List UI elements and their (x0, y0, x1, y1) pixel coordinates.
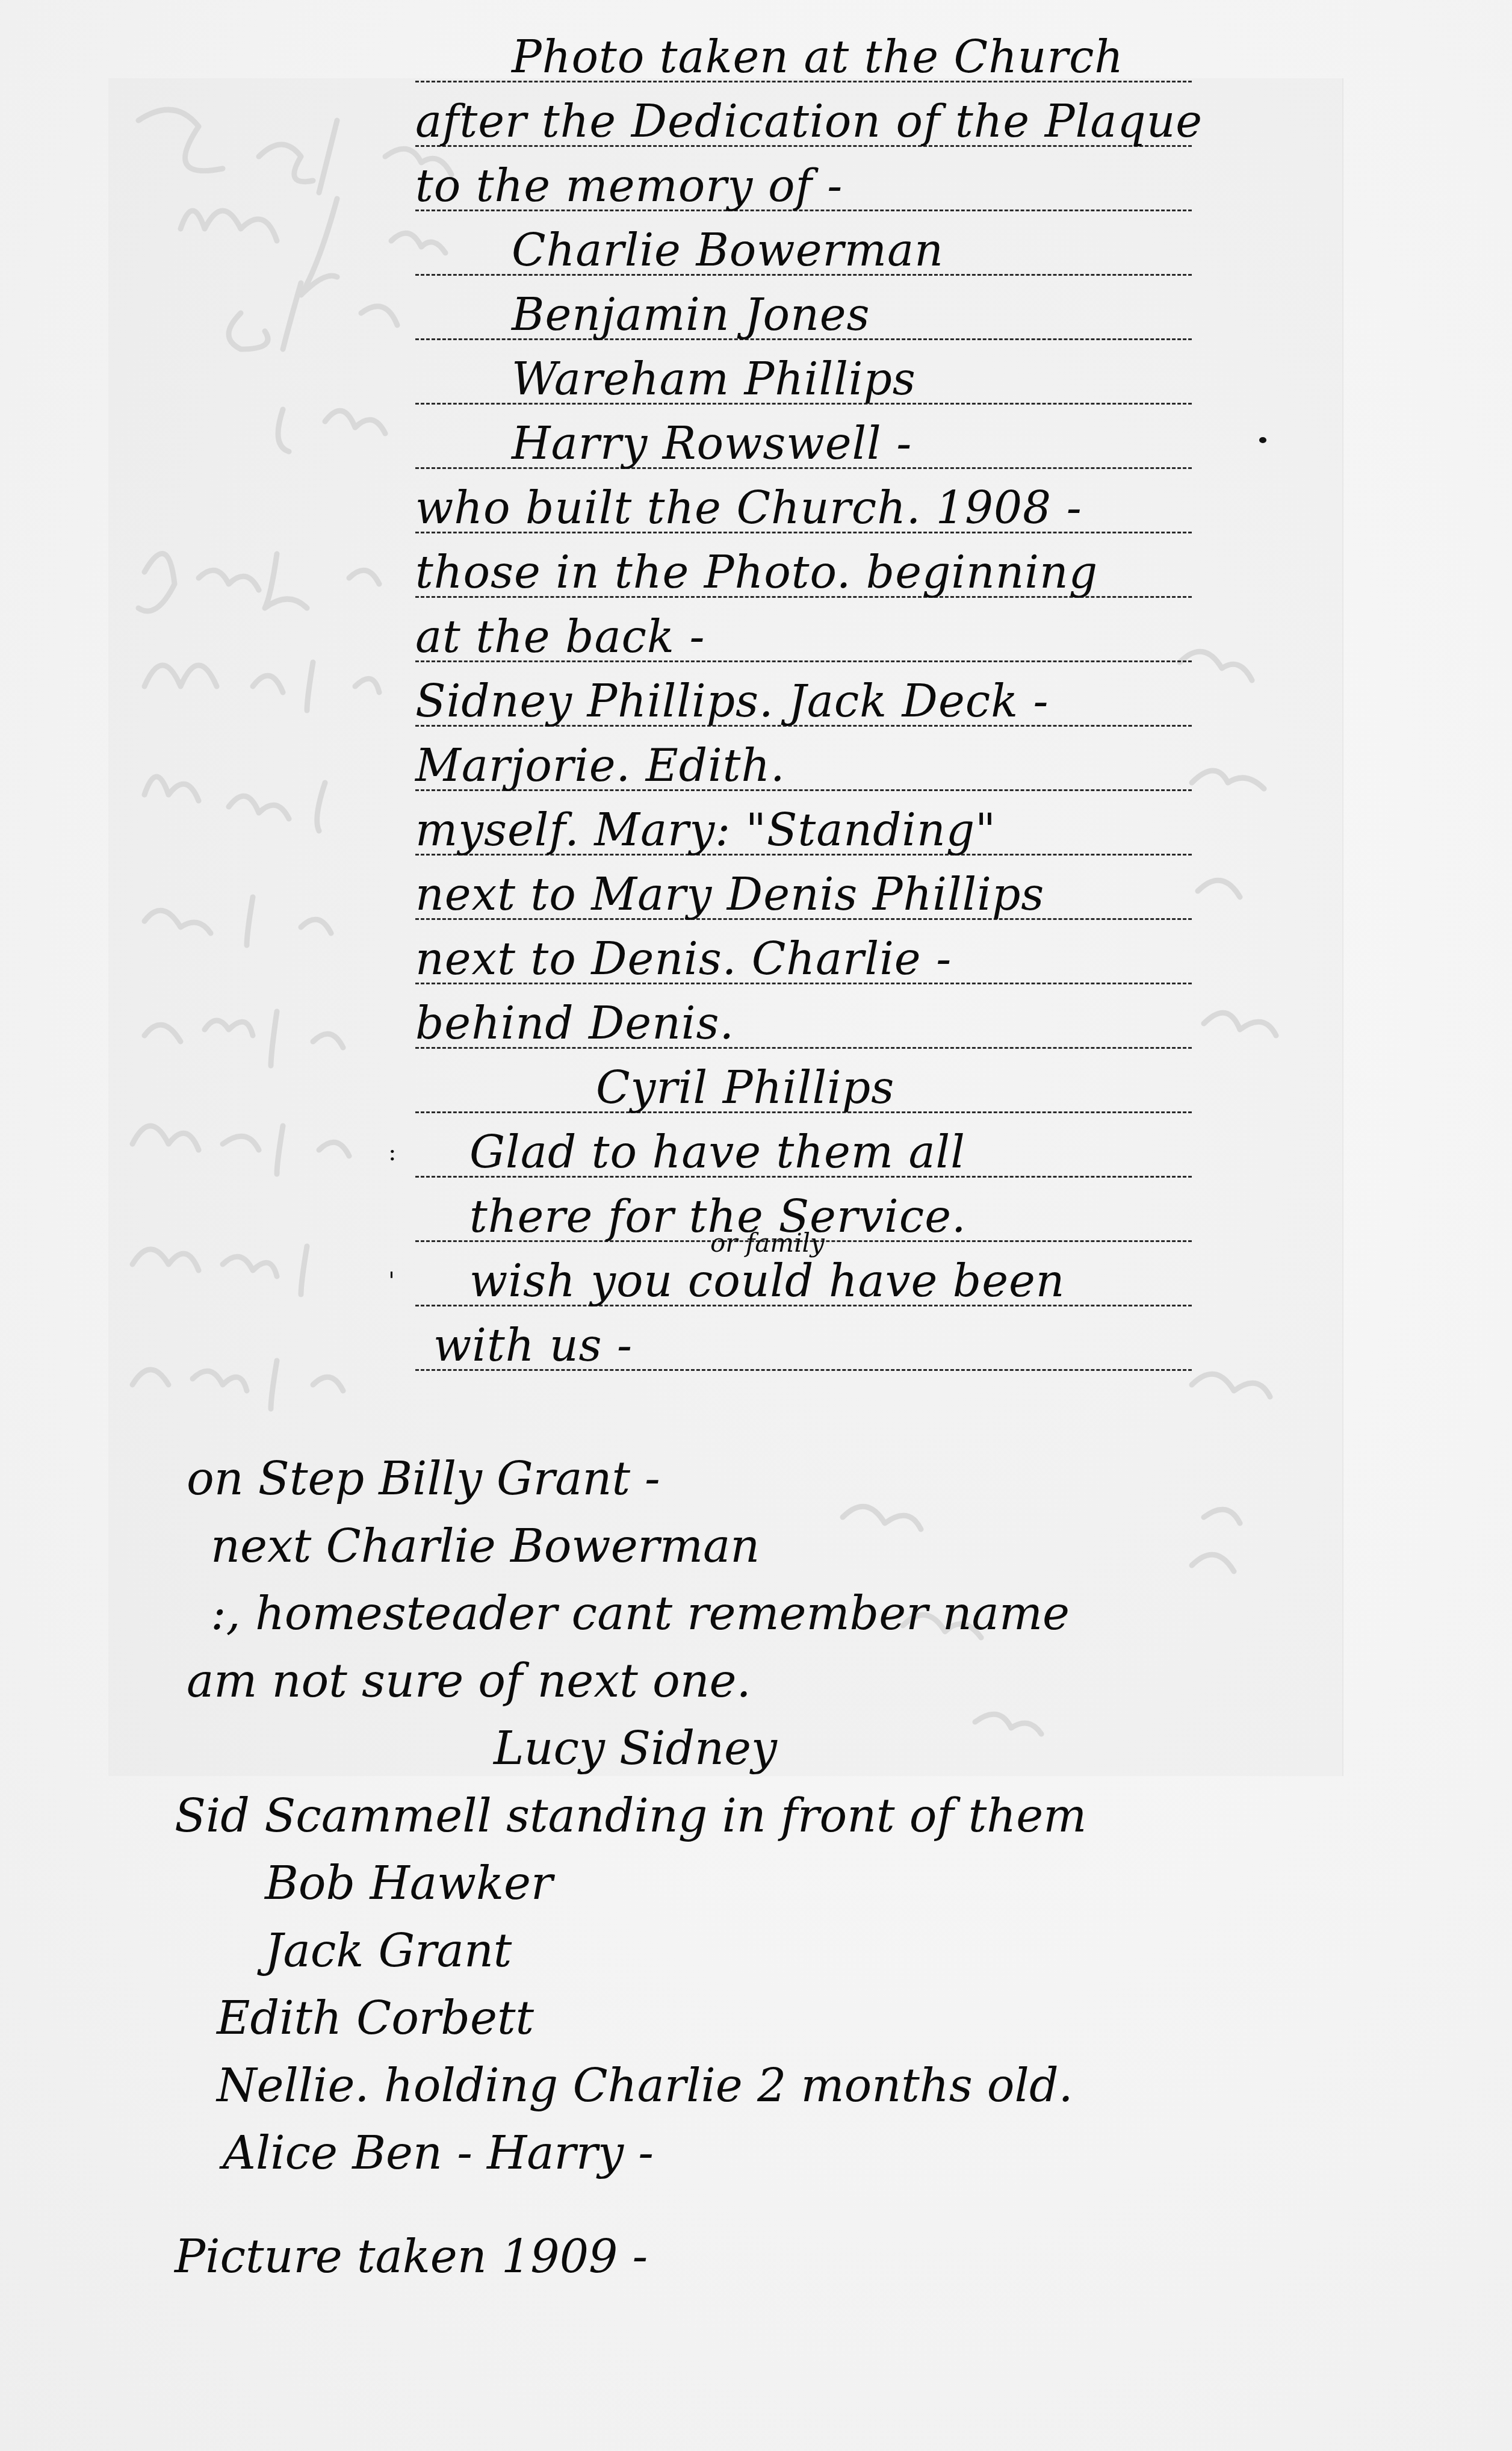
scanned-letter-page: Photo taken at the Churchafter the Dedic… (0, 0, 1512, 2451)
ruled-line: Wareham Phillips (415, 340, 1192, 405)
handwritten-line-text: after the Dedication of the Plaque (415, 99, 1203, 144)
ruled-line: myself. Mary: "Standing" (415, 791, 1192, 856)
closing-date-line: Picture taken 1909 - (175, 2223, 1378, 2290)
handwritten-line-text: those in the Photo. beginning (415, 550, 1098, 595)
ruled-line: Cyril Phillips (415, 1049, 1192, 1113)
handwritten-line-text: Photo taken at the Church (415, 35, 1124, 79)
handwritten-line-text: wish you could have been (415, 1259, 1065, 1303)
spacer (175, 2187, 1378, 2223)
ruled-line: Glad to have them all: (415, 1113, 1192, 1178)
margin-mark: : (388, 1139, 396, 1166)
ruled-text-block: Photo taken at the Churchafter the Dedic… (415, 18, 1192, 1371)
ruled-line: Photo taken at the Church (415, 18, 1192, 82)
handwritten-line-text: there for the Service. (415, 1194, 967, 1239)
handwritten-line-text: :, homesteader cant remember name (175, 1580, 1378, 1647)
ruled-line: Sidney Phillips. Jack Deck - (415, 662, 1192, 727)
margin-mark: ' (388, 1267, 395, 1295)
ruled-line: to the memory of - (415, 147, 1192, 211)
ruled-line: Harry Rowswell - (415, 405, 1192, 469)
ruled-line: Benjamin Jones (415, 276, 1192, 340)
ruled-line: wish you could have been'or family (415, 1242, 1192, 1306)
handwritten-line-text: Alice Ben - Harry - (175, 2119, 1378, 2187)
handwritten-line-text: to the memory of - (415, 164, 843, 208)
handwritten-line-text: Glad to have them all (415, 1130, 965, 1175)
handwritten-line-text: Marjorie. Edith. (415, 744, 785, 788)
handwritten-line-text: Sid Scammell standing in front of them (175, 1782, 1378, 1850)
ruled-line: at the back - (415, 598, 1192, 662)
handwritten-line-text: Benjamin Jones (415, 293, 870, 337)
ruled-line: after the Dedication of the Plaque (415, 82, 1192, 147)
handwritten-line-text: behind Denis. (415, 1001, 734, 1046)
handwritten-line-text: Jack Grant (175, 1917, 1378, 1984)
ruled-line: Marjorie. Edith. (415, 727, 1192, 791)
handwritten-line-text: am not sure of next one. (175, 1647, 1378, 1715)
handwritten-line-text: with us - (415, 1323, 633, 1368)
handwritten-line-text: on Step Billy Grant - (175, 1445, 1378, 1512)
handwritten-line-text: myself. Mary: "Standing" (415, 808, 996, 853)
handwritten-line-text: Nellie. holding Charlie 2 months old. (175, 2052, 1378, 2119)
handwritten-line-text: next to Mary Denis Phillips (415, 872, 1044, 917)
ink-dot (1259, 437, 1266, 443)
ruled-line: next to Denis. Charlie - (415, 920, 1192, 984)
handwritten-line-text: Cyril Phillips (415, 1066, 894, 1110)
handwritten-line-text: next to Denis. Charlie - (415, 937, 952, 981)
ruled-line: next to Mary Denis Phillips (415, 856, 1192, 920)
free-text-block: on Step Billy Grant -next Charlie Bowerm… (175, 1445, 1378, 2290)
ruled-line: behind Denis. (415, 984, 1192, 1049)
handwritten-line-text: Wareham Phillips (415, 357, 916, 402)
handwritten-line-text: Charlie Bowerman (415, 228, 944, 273)
ruled-line: who built the Church. 1908 - (415, 469, 1192, 533)
ruled-line: with us - (415, 1306, 1192, 1371)
handwritten-line-text: Bob Hawker (175, 1850, 1378, 1917)
handwritten-line-text: Edith Corbett (175, 1984, 1378, 2052)
handwritten-line-text: who built the Church. 1908 - (415, 486, 1082, 530)
handwritten-line-text: Lucy Sidney (175, 1715, 1378, 1782)
ruled-line: those in the Photo. beginning (415, 533, 1192, 598)
handwritten-line-text: at the back - (415, 615, 705, 659)
inserted-word: or family (710, 1228, 825, 1258)
ruled-line: Charlie Bowerman (415, 211, 1192, 276)
handwritten-line-text: next Charlie Bowerman (175, 1512, 1378, 1580)
handwritten-line-text: Sidney Phillips. Jack Deck - (415, 679, 1049, 724)
handwritten-line-text: Harry Rowswell - (415, 421, 912, 466)
